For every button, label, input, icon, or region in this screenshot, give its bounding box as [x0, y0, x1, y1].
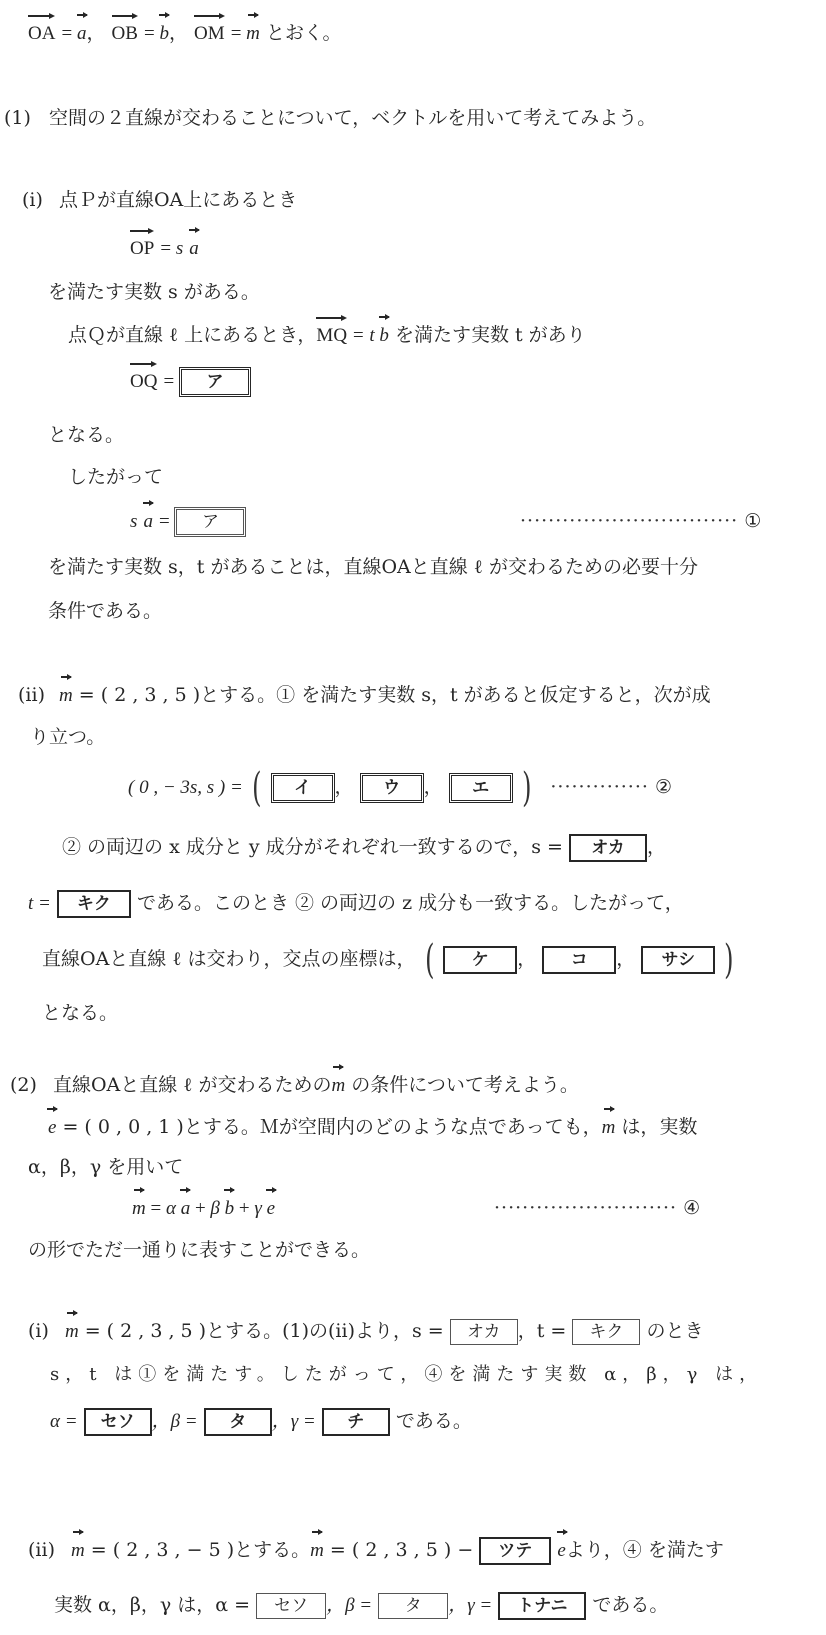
text: ，β =	[326, 1595, 372, 1616]
part1-ii-line3: ② の両辺の x 成分と y 成分がそれぞれ一致するので，s = オカ，	[62, 832, 666, 862]
part1-i-line5: したがって	[68, 462, 163, 492]
vector-m: m	[65, 1317, 79, 1347]
text: 点Ｐが直線OA上にあるとき	[59, 189, 297, 211]
equation-OQ: OQ = ア	[130, 366, 251, 397]
part1-ii-label: (ii)	[18, 684, 45, 706]
part1-ii-line2: り立つ。	[30, 722, 105, 752]
text: ( 0 , − 3s, s ) =	[128, 777, 243, 798]
answer-box-tonani[interactable]: トナニ	[498, 1592, 586, 1620]
answer-box-sashi[interactable]: サシ	[641, 946, 715, 974]
text: = ( 2 , 3 , − 5 )とする。	[85, 1539, 310, 1561]
vector-b: b	[159, 19, 169, 49]
text: = t	[347, 325, 379, 346]
text: α =	[50, 1411, 78, 1432]
vector-MQ: MQ	[316, 321, 347, 351]
part1-i-line7: 条件である。	[48, 596, 162, 626]
text: t =	[28, 893, 51, 914]
answer-box-i[interactable]: イ	[271, 773, 335, 803]
part1-i-label: (i)	[22, 189, 43, 211]
text: 直線OAと直線 ℓ が交わるための	[53, 1074, 331, 1096]
vector-OP: OP	[130, 234, 154, 264]
text: を満たす実数 t があり	[389, 324, 586, 346]
answer-box-ta[interactable]: タ	[204, 1408, 272, 1436]
part2-ii-line1: (ii) m = ( 2 , 3 , − 5 )とする。m = ( 2 , 3 …	[28, 1535, 724, 1566]
answer-box-u[interactable]: ウ	[360, 773, 424, 803]
answer-box-kiku-ref[interactable]: キク	[572, 1319, 640, 1345]
part2-i-line2: s，t は①を満たす。したがって，④を満たす実数 α，β，γ は，	[50, 1360, 763, 1390]
vector-a: a	[189, 234, 199, 264]
vector-m: m	[310, 1536, 324, 1566]
intro-tail: とおく。	[266, 22, 342, 44]
vector-m: m	[59, 681, 73, 711]
intro-definitions: OA = a， OB = b， OM = m とおく。	[28, 18, 342, 49]
text: = ( 2 , 3 , 5 )とする。① を満たす実数 s，t があると仮定する…	[73, 684, 711, 706]
text: のとき	[646, 1320, 703, 1342]
text: は，実数	[615, 1116, 697, 1138]
vector-m: m	[246, 19, 260, 49]
text: ② の両辺の x 成分と y 成分がそれぞれ一致するので，s =	[62, 836, 563, 858]
answer-box-seso-ref[interactable]: セソ	[256, 1593, 326, 1619]
part2-i-line3: α = セソ，β = タ，γ = チ である。	[50, 1406, 472, 1437]
part1-ii-line5: 直線OAと直線 ℓ は交わり，交点の座標は， ( ケ， コ， サシ )	[42, 944, 737, 975]
text: の条件について考えよう。	[345, 1074, 579, 1096]
vector-OB: OB	[112, 19, 138, 49]
answer-box-ko[interactable]: コ	[542, 946, 616, 974]
vector-OA: OA	[28, 19, 55, 49]
answer-box-a[interactable]: ア	[179, 367, 251, 397]
part1-i-line1: (i) 点Ｐが直線OA上にあるとき	[22, 185, 297, 215]
equation-4: m = α a + β b + γ e	[132, 1193, 275, 1224]
text: 点Ｑが直線 ℓ 上にあるとき，	[68, 324, 316, 346]
part2-i-line1: (i) m = ( 2 , 3 , 5 )とする。(1)の(ii)より，s = …	[28, 1316, 703, 1347]
vector-a: a	[143, 507, 153, 537]
equation-OP: OP = s a	[130, 233, 199, 264]
text: = ( 0 , 0 , 1 )とする。Ｍが空間内のどのような点であっても，	[56, 1116, 601, 1138]
vector-m: m	[71, 1536, 85, 1566]
part1-i-line2: を満たす実数 s がある。	[48, 277, 260, 307]
text: = ( 2 , 3 , 5 )とする。(1)の(ii)より，s =	[79, 1320, 444, 1342]
part2-label: (2)	[10, 1074, 37, 1096]
answer-box-oka-ref[interactable]: オカ	[450, 1319, 518, 1345]
circled-2: ②	[655, 776, 672, 798]
equation-2: ( 0 , − 3s, s ) = ( イ， ウ， エ ) ··········…	[128, 772, 672, 803]
text: 直線OAと直線 ℓ は交わり，交点の座標は，	[42, 948, 415, 970]
part1-ii-line1: (ii) m = ( 2 , 3 , 5 )とする。① を満たす実数 s，t が…	[18, 680, 711, 711]
answer-box-seso[interactable]: セソ	[84, 1408, 152, 1436]
text: である。	[592, 1594, 668, 1616]
part2-line3: の形でただ一通りに表すことができる。	[28, 1235, 370, 1265]
text: である。	[396, 1410, 472, 1432]
vector-OM: OM	[194, 19, 225, 49]
text: = ( 2 , 3 , 5 ) −	[324, 1539, 473, 1561]
equation-marker-1: ······························· ①	[520, 506, 761, 536]
answer-box-oka[interactable]: オカ	[569, 834, 647, 862]
part2-line2: α，β，γ を用いて	[28, 1152, 183, 1182]
part1-i-line6: を満たす実数 s，t があることは，直線OAと直線 ℓ が交わるための必要十分	[48, 552, 698, 582]
text: である。このとき ② の両辺の z 成分も一致する。したがって，	[137, 892, 684, 914]
vector-OQ: OQ	[130, 367, 157, 397]
answer-box-ta-ref[interactable]: タ	[378, 1593, 448, 1619]
part2-line1: e = ( 0 , 0 , 1 )とする。Ｍが空間内のどのような点であっても，m…	[48, 1112, 697, 1143]
answer-box-tsute[interactable]: ツテ	[479, 1537, 551, 1565]
text: 実数 α，β，γ は，α =	[54, 1594, 250, 1616]
var-s: s	[176, 238, 183, 259]
part2-heading: (2) 直線OAと直線 ℓ が交わるためのm の条件について考えよう。	[10, 1070, 579, 1101]
text: ，γ =	[272, 1411, 316, 1432]
text: より，④ を満たす	[566, 1539, 724, 1561]
circled-1: ①	[744, 510, 761, 532]
part2-i-label: (i)	[28, 1320, 49, 1342]
answer-box-chi[interactable]: チ	[322, 1408, 390, 1436]
text: ，β =	[152, 1411, 198, 1432]
part1-ii-line6: となる。	[42, 998, 118, 1028]
vector-m: m	[331, 1071, 345, 1101]
answer-box-e[interactable]: エ	[449, 773, 513, 803]
part1-i-line3: 点Ｑが直線 ℓ 上にあるとき，MQ = t b を満たす実数 t があり	[68, 320, 586, 351]
part1-heading-text: 空間の２直線が交わることについて，ベクトルを用いて考えてみよう。	[49, 107, 656, 129]
vector-m: m	[602, 1113, 616, 1143]
part2-ii-line2: 実数 α，β，γ は，α = セソ，β = タ，γ = トナニ である。	[54, 1590, 668, 1621]
part1-i-line4: となる。	[48, 420, 124, 450]
answer-box-ke[interactable]: ケ	[443, 946, 517, 974]
vector-e: e	[48, 1113, 56, 1143]
vector-b: b	[379, 321, 389, 351]
answer-box-a-ref[interactable]: ア	[174, 507, 246, 537]
text: ，γ =	[448, 1595, 492, 1616]
answer-box-kiku[interactable]: キク	[57, 890, 131, 918]
equation-1: s a = ア	[130, 506, 246, 537]
vector-e: e	[557, 1536, 565, 1566]
var-s: s	[130, 511, 137, 532]
equation-marker-4: ·························· ④	[494, 1193, 700, 1223]
part1-ii-line4: t = キク である。このとき ② の両辺の z 成分も一致する。したがって，	[28, 888, 684, 919]
part2-ii-label: (ii)	[28, 1539, 55, 1561]
part1-label: (1)	[4, 107, 31, 129]
part1-heading: (1) 空間の２直線が交わることについて，ベクトルを用いて考えてみよう。	[4, 103, 656, 133]
text: ，t =	[518, 1320, 567, 1342]
circled-4: ④	[683, 1197, 700, 1219]
vector-a: a	[77, 19, 87, 49]
